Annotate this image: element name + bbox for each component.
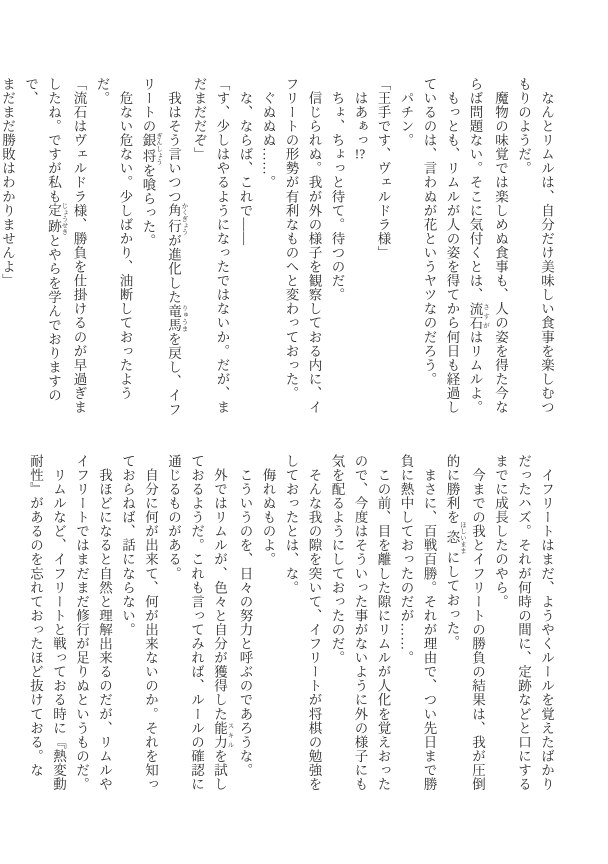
- furigana: りゅうま: [181, 304, 188, 332]
- text-line: 外ではリムルが、色々と自分が獲得した能力スキルを試し: [208, 454, 234, 795]
- text-line: この前、目を離した隙にリムルが人化を覚えおった: [372, 454, 395, 795]
- text-line: ので、今度はそういった事がないように外の様子にも: [349, 454, 372, 795]
- text-line: リムルなど、イフリートと戦っておる時に『熱変動: [47, 454, 70, 795]
- text-line: 「す、少しはやるようになったではないか。だが、ま: [211, 77, 234, 417]
- furigana: かくぎょう: [181, 202, 188, 235]
- furigana: じょうせき: [61, 202, 68, 235]
- text-line: しておったとは、な。: [280, 454, 303, 795]
- text-line: こういうのを、日々の努力と呼ぶのであろうな。: [234, 454, 257, 795]
- furigana: ぎんしょう: [155, 132, 162, 165]
- text-line: まさに、百戦百勝。それが理由で、つい先日まで勝: [418, 454, 441, 795]
- text-block-bottom: イフリートはまだ、ようやくルールを覚えたばかりだったハズ。それが何時の間に、定跡…: [24, 454, 558, 795]
- text-line: ているのは、言わぬが花というヤツなのだろう。: [418, 77, 441, 417]
- text-line: ておるようだ。これも言ってみれば、ルールの確認に: [185, 454, 208, 795]
- text-line: 我ほどになると自然と理解出来るのだが、リムルや: [93, 454, 116, 795]
- text-line: イフリートではまだまだ修行が足りぬというものだ。: [70, 454, 93, 795]
- text-line: だったハズ。それが何時の間に、定跡などと口にする: [512, 454, 535, 795]
- text-line: 今までの我とイフリートの勝負の結果は、我が圧倒: [466, 454, 489, 795]
- text-line: なんとリムルは、自分だけ美味しい食事を楽しむつ: [535, 77, 558, 417]
- furigana: さすが: [482, 302, 489, 330]
- text-line: 危ない危ない。少しばかり、油断しておったようだ。: [91, 77, 137, 417]
- text-line: 「流石はヴェルドラ様、勝負を仕掛けるのが早過ぎま: [68, 77, 91, 417]
- furigana: ほしいまま: [459, 521, 466, 554]
- text-line: 負に熱中しておったのだが……。: [395, 454, 418, 795]
- text-block-top: なんとリムルは、自分だけ美味しい食事を楽しむつもりのようだ。 魔物の味覚では楽し…: [0, 77, 558, 417]
- ruby-word: 銀将ぎんしょう: [141, 133, 156, 163]
- text-line: もっとも、リムルが人の姿を得てから何日も経過し: [441, 77, 464, 417]
- text-line: 耐性』があるのを忘れておったほど抜けておる。な: [24, 454, 47, 795]
- ruby-word: 定跡じょうせき: [46, 203, 61, 233]
- text-line: 通じるものがある。: [162, 454, 185, 795]
- text-line: そんな我の隙を突いて、イフリートが将棋の勉強を: [303, 454, 326, 795]
- ruby-word: 竜馬りゅうま: [166, 304, 181, 332]
- text-line: イフリートはまだ、ようやくルールを覚えたばかり: [535, 454, 558, 795]
- text-line: ぐぬぬぬ……。: [257, 77, 280, 417]
- text-line: らば問題ない。そこに気付くとは、流石さすがはリムルよ。: [464, 77, 490, 417]
- furigana: スキル: [227, 721, 234, 749]
- text-line: もりのようだ。: [512, 77, 535, 417]
- ruby-word: 角行かくぎょう: [166, 203, 181, 233]
- ruby-word: 流石さすが: [468, 302, 483, 330]
- text-line: パチン。: [395, 77, 418, 417]
- text-line: 我はそう言いつつ角行かくぎょうが進化した竜馬りゅうまを戻し、イフ: [162, 77, 188, 417]
- tate-chu-yoko-exclamation: !?: [353, 147, 368, 161]
- text-line: な、ならば、これで――: [234, 77, 257, 417]
- text-line: はあぁっ!?: [349, 77, 372, 417]
- text-line: 「王手です、ヴェルドラ様」: [372, 77, 395, 417]
- text-line: 侮れぬものよ。: [257, 454, 280, 795]
- text-line: したね。ですが私も定跡じょうせきとやらを学んでおりますので、: [19, 77, 68, 417]
- text-line: 魔物の味覚では楽しめぬ食事も、人の姿を得た今な: [489, 77, 512, 417]
- text-line: ておらねば、話にならない。: [116, 454, 139, 795]
- text-line: リートの銀将ぎんしょうを喰らった。: [137, 77, 163, 417]
- text-line: だまだだぞ」: [188, 77, 211, 417]
- novel-page: なんとリムルは、自分だけ美味しい食事を楽しむつもりのようだ。 魔物の味覚では楽し…: [0, 0, 608, 864]
- text-line: 気を配るようにしておったのだ。: [326, 454, 349, 795]
- text-line: 的に勝利を恣ほしいままにしておった。: [441, 454, 467, 795]
- text-line: まだまだ勝敗はわかりませんよ」: [0, 77, 19, 417]
- ruby-word: 能力スキル: [212, 721, 227, 749]
- text-line: ちょ、ちょっと待て。待つのだ。: [326, 77, 349, 417]
- text-line: 信じられぬ。我が外の様子を観察しておる内に、イ: [303, 77, 326, 417]
- text-line: 自分に何が出来て、何が出来ないのか。それを知っ: [139, 454, 162, 795]
- ruby-word: 恣ほしいまま: [445, 524, 460, 551]
- text-line: フリートの形勢が有利なものへと変わっておった。: [280, 77, 303, 417]
- text-line: までに成長したのやら。: [489, 454, 512, 795]
